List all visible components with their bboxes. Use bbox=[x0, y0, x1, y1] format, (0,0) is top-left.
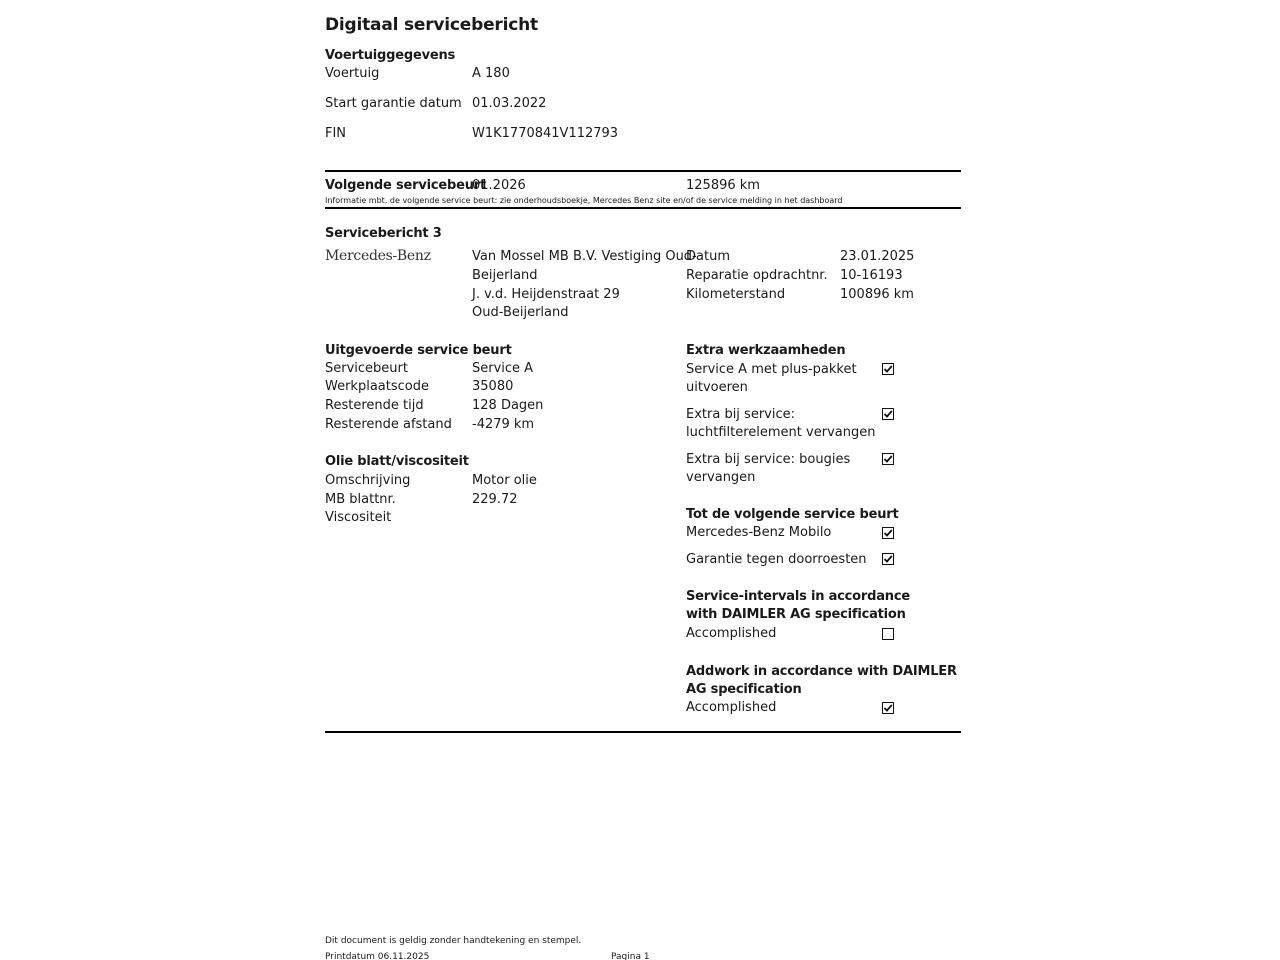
next-service-date: 01.2026 bbox=[472, 178, 526, 193]
service-intervals-item-label: Accomplished bbox=[686, 626, 776, 641]
print-date: Printdatum 06.11.2025 bbox=[325, 952, 429, 960]
date-label: Datum bbox=[686, 249, 730, 264]
extra-work-heading: Extra werkzaamheden bbox=[686, 343, 845, 358]
odometer-label: Kilometerstand bbox=[686, 287, 785, 302]
remaining-distance-label: Resterende afstand bbox=[325, 417, 452, 432]
until-next-checkbox[interactable] bbox=[882, 553, 894, 565]
dealer-city: Oud-Beijerland bbox=[472, 305, 569, 320]
extra-work-checkbox[interactable] bbox=[882, 363, 894, 375]
vehicle-label: Voertuig bbox=[325, 66, 379, 81]
fin-label: FIN bbox=[325, 126, 346, 141]
divider bbox=[325, 207, 961, 209]
validity-note: Dit document is geldig zonder handtekeni… bbox=[325, 936, 581, 946]
extra-work-checkbox[interactable] bbox=[882, 453, 894, 465]
remaining-time-label: Resterende tijd bbox=[325, 398, 424, 413]
addwork-heading: Addwork in accordance with DAIMLER AG sp… bbox=[686, 663, 961, 699]
date-value: 23.01.2025 bbox=[840, 249, 914, 264]
page-title: Digitaal servicebericht bbox=[325, 15, 538, 35]
service-document: Digitaal servicebericht Voertuiggegevens… bbox=[325, 0, 961, 960]
performed-service-heading: Uitgevoerde service beurt bbox=[325, 343, 512, 358]
extra-work-item-label: Extra bij service: luchtfilterelement ve… bbox=[686, 406, 876, 442]
workshop-code-label: Werkplaatscode bbox=[325, 379, 429, 394]
oil-heading: Olie blatt/viscositeit bbox=[325, 454, 469, 469]
vehicle-heading: Voertuiggegevens bbox=[325, 48, 455, 63]
workshop-code-value: 35080 bbox=[472, 379, 513, 394]
report-heading: Servicebericht 3 bbox=[325, 226, 442, 241]
oil-description-label: Omschrijving bbox=[325, 473, 410, 488]
oil-sheet-label: MB blattnr. bbox=[325, 492, 396, 507]
service-intervals-heading: Service-intervals in accordance with DAI… bbox=[686, 588, 926, 624]
next-service-label: Volgende servicebeurt bbox=[325, 178, 486, 193]
until-next-item-label: Mercedes-Benz Mobilo bbox=[686, 525, 831, 540]
divider bbox=[325, 170, 961, 172]
checkmark-icon bbox=[883, 703, 893, 713]
service-intervals-checkbox[interactable] bbox=[882, 628, 894, 640]
oil-description-value: Motor olie bbox=[472, 473, 537, 488]
service-type-label: Servicebeurt bbox=[325, 361, 408, 376]
service-type-value: Service A bbox=[472, 361, 533, 376]
remaining-time-value: 128 Dagen bbox=[472, 398, 543, 413]
dealer-name: Van Mossel MB B.V. Vestiging Oud- bbox=[472, 249, 697, 264]
remaining-distance-value: -4279 km bbox=[472, 417, 534, 432]
warranty-start-value: 01.03.2022 bbox=[472, 96, 546, 111]
until-next-checkbox[interactable] bbox=[882, 527, 894, 539]
until-next-item-label: Garantie tegen doorroesten bbox=[686, 552, 867, 567]
page-number: Pagina 1 bbox=[611, 952, 650, 960]
repair-order-label: Reparatie opdrachtnr. bbox=[686, 268, 828, 283]
oil-sheet-value: 229.72 bbox=[472, 492, 518, 507]
odometer-value: 100896 km bbox=[840, 287, 914, 302]
checkmark-icon bbox=[883, 528, 893, 538]
dealer-name-cont: Beijerland bbox=[472, 268, 538, 283]
next-service-km: 125896 km bbox=[686, 178, 760, 193]
fin-value: W1K1770841V112793 bbox=[472, 126, 618, 141]
extra-work-item-label: Extra bij service: bougies vervangen bbox=[686, 451, 866, 487]
until-next-heading: Tot de volgende service beurt bbox=[686, 507, 899, 522]
divider bbox=[325, 731, 961, 733]
extra-work-checkbox[interactable] bbox=[882, 408, 894, 420]
addwork-item-label: Accomplished bbox=[686, 700, 776, 715]
next-service-info: Informatie mbt. de volgende service beur… bbox=[325, 196, 843, 205]
checkmark-icon bbox=[883, 554, 893, 564]
dealer-street: J. v.d. Heijdenstraat 29 bbox=[472, 287, 620, 302]
extra-work-item-label: Service A met plus-pakket uitvoeren bbox=[686, 361, 866, 397]
addwork-checkbox[interactable] bbox=[882, 702, 894, 714]
viscosity-label: Viscositeit bbox=[325, 510, 391, 525]
checkmark-icon bbox=[883, 454, 893, 464]
vehicle-value: A 180 bbox=[472, 66, 510, 81]
mercedes-benz-logo: Mercedes-Benz bbox=[325, 248, 431, 264]
warranty-start-label: Start garantie datum bbox=[325, 96, 462, 111]
checkmark-icon bbox=[883, 364, 893, 374]
checkmark-icon bbox=[883, 409, 893, 419]
repair-order-value: 10-16193 bbox=[840, 268, 903, 283]
